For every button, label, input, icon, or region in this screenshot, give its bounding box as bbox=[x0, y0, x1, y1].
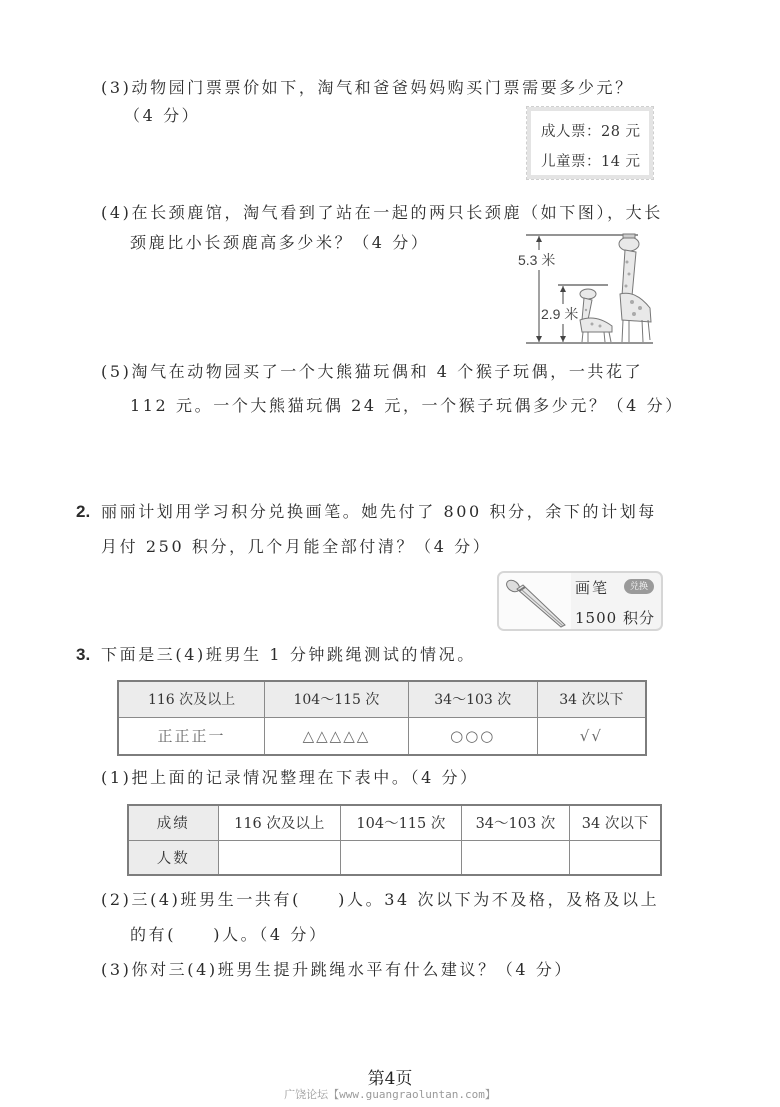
problem-5-text-line1: (5)淘气在动物园买了一个大熊猫玩偶和 4 个猴子玩偶，一共花了 bbox=[101, 362, 643, 382]
giraffes-illustration bbox=[508, 228, 663, 350]
question-3-intro: 下面是三(4)班男生 1 分钟跳绳测试的情况。 bbox=[101, 645, 476, 665]
count-answer-cell[interactable] bbox=[341, 840, 462, 875]
summary-header-cell: 116 次及以上 bbox=[218, 805, 341, 840]
problem-4-text-line1: (4)在长颈鹿馆，淘气看到了站在一起的两只长颈鹿（如下图），大长 bbox=[101, 203, 663, 223]
summary-header-row: 成绩 116 次及以上 104～115 次 34～103 次 34 次以下 bbox=[128, 805, 661, 840]
adult-ticket-price: 成人票：28 元 bbox=[541, 117, 649, 147]
question-2-number: 2. bbox=[76, 502, 90, 522]
problem-4-text-line2: 颈鹿比小长颈鹿高多少米？（4 分） bbox=[130, 233, 429, 253]
triangle-marks-cell: △△△△△ bbox=[265, 717, 409, 755]
summary-header-cell: 34 次以下 bbox=[570, 805, 661, 840]
summary-count-row: 人数 bbox=[128, 840, 661, 875]
ticket-price-box: 成人票：28 元 儿童票：14 元 bbox=[527, 107, 653, 179]
record-header-row: 116 次及以上 104～115 次 34～103 次 34 次以下 bbox=[118, 681, 646, 717]
problem-3-points: （4 分） bbox=[124, 106, 200, 126]
question-3-number: 3. bbox=[76, 645, 90, 665]
count-answer-cell[interactable] bbox=[218, 840, 341, 875]
tall-giraffe-height-label: 5.3 米 bbox=[517, 250, 556, 270]
paintbrush-reward-card: 画笔 兑换 1500 积分 bbox=[497, 571, 663, 631]
question-3-sub2-line2: 的有( )人。（4 分） bbox=[130, 925, 328, 945]
count-label: 人数 bbox=[128, 840, 218, 875]
paintbrush-icon bbox=[499, 573, 571, 629]
record-header-cell: 34～103 次 bbox=[408, 681, 537, 717]
summary-header-cell: 104～115 次 bbox=[341, 805, 462, 840]
jump-rope-record-table: 116 次及以上 104～115 次 34～103 次 34 次以下 正正正一 … bbox=[117, 680, 647, 756]
record-header-cell: 34 次以下 bbox=[537, 681, 646, 717]
reward-price: 1500 积分 bbox=[575, 607, 655, 628]
check-marks-cell: √√ bbox=[537, 717, 646, 755]
circle-marks-cell: ○○○ bbox=[408, 717, 537, 755]
record-header-cell: 104～115 次 bbox=[265, 681, 409, 717]
watermark-site: 广饶论坛【www.guangraoluntan.com】 bbox=[0, 1086, 780, 1102]
short-giraffe-height-label: 2.9 米 bbox=[540, 304, 579, 324]
count-answer-cell[interactable] bbox=[461, 840, 569, 875]
problem-3-text-line1: (3)动物园门票票价如下，淘气和爸爸妈妈购买门票需要多少元？ bbox=[101, 78, 634, 98]
child-ticket-price: 儿童票：14 元 bbox=[541, 147, 649, 177]
record-marks-row: 正正正一 △△△△△ ○○○ √√ bbox=[118, 717, 646, 755]
tally-marks-cell: 正正正一 bbox=[118, 717, 265, 755]
giraffe-height-figure: 5.3 米 2.9 米 bbox=[508, 228, 663, 350]
question-3-sub2-line1: (2)三(4)班男生一共有( )人。34 次以下为不及格，及格及以上 bbox=[101, 890, 659, 910]
reward-name: 画笔 bbox=[575, 577, 609, 598]
question-2-text-line1: 丽丽计划用学习积分兑换画笔。她先付了 800 积分，余下的计划每 bbox=[101, 502, 657, 522]
question-3-sub3: (3)你对三(4)班男生提升跳绳水平有什么建议？（4 分） bbox=[101, 960, 573, 980]
exchange-badge: 兑换 bbox=[624, 579, 654, 594]
record-header-cell: 116 次及以上 bbox=[118, 681, 265, 717]
jump-rope-summary-table: 成绩 116 次及以上 104～115 次 34～103 次 34 次以下 人数 bbox=[127, 804, 662, 876]
count-answer-cell[interactable] bbox=[570, 840, 661, 875]
question-3-sub1: (1)把上面的记录情况整理在下表中。（4 分） bbox=[101, 768, 479, 788]
summary-header-cell: 34～103 次 bbox=[461, 805, 569, 840]
problem-5-text-line2: 112 元。一个大熊猫玩偶 24 元，一个猴子玩偶多少元？（4 分） bbox=[130, 396, 684, 416]
score-label: 成绩 bbox=[128, 805, 218, 840]
question-2-text-line2: 月付 250 积分，几个月能全部付清？（4 分） bbox=[101, 537, 491, 557]
